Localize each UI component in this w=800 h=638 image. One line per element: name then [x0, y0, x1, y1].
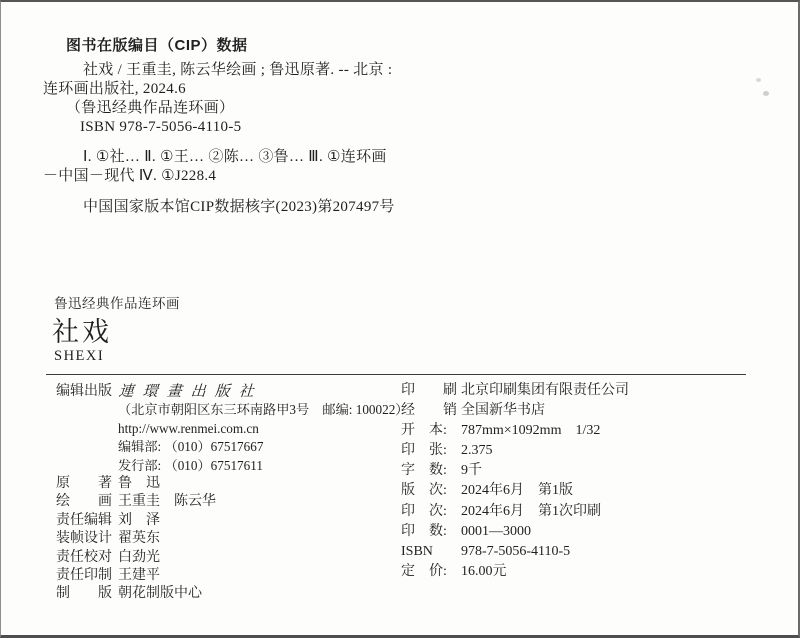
book-format: 787mm×1092mm 1/32	[461, 421, 600, 441]
colophon-row-plate-making: 制 版 朝花制版中心	[56, 585, 396, 603]
row-label: 装帧设计	[56, 530, 118, 548]
colophon-row-publisher: 编辑出版 連環畫出版社	[56, 383, 396, 401]
cip-record-line: 连环画出版社, 2024.6	[43, 80, 563, 99]
colophon-row-original-author: 原 著 鲁 迅	[56, 475, 396, 493]
row-label: 定 价:	[401, 562, 461, 582]
print-supervisor: 王建平	[118, 567, 160, 585]
row-label: 印 张:	[401, 441, 461, 461]
horizontal-divider	[46, 374, 746, 375]
cip-isbn-line: ISBN 978-7-5056-4110-5	[43, 118, 563, 137]
isbn-number: 978-7-5056-4110-5	[461, 542, 570, 562]
row-label: 印 数:	[401, 522, 461, 542]
colophon-row-edition: 版 次: 2024年6月 第1版	[401, 481, 761, 501]
row-label: 绘 画	[56, 493, 118, 511]
edition: 2024年6月 第1版	[461, 481, 573, 501]
row-label	[56, 420, 118, 438]
cip-record: 社戏 / 王重圭, 陈云华绘画 ; 鲁迅原著. -- 北京 : 连环画出版社, …	[43, 61, 563, 217]
list-price: 16.00元	[461, 562, 507, 582]
colophon-right-column: 印 刷 北京印刷集团有限责任公司 经 销 全国新华书店 开 本: 787mm×1…	[401, 381, 761, 582]
colophon-row-address: （北京市朝阳区东三环南路甲3号 邮编: 100022）	[56, 401, 396, 419]
cip-classification-line: Ⅰ. ①社… Ⅱ. ①王… ②陈… ③鲁… Ⅲ. ①连环画	[43, 148, 563, 167]
row-label: 开 本:	[401, 421, 461, 441]
row-label	[56, 438, 118, 456]
colophon-left-column: 编辑出版 連環畫出版社 （北京市朝阳区东三环南路甲3号 邮编: 100022） …	[56, 383, 396, 604]
print-run: 0001—3000	[461, 522, 531, 542]
publisher-website: http://www.renmei.com.cn	[118, 420, 259, 438]
colophon-row-print-run: 印 数: 0001—3000	[401, 522, 761, 542]
publisher-logotype: 連環畫出版社	[118, 383, 263, 401]
row-label: ISBN	[401, 542, 461, 562]
publisher-address: （北京市朝阳区东三环南路甲3号 邮编: 100022）	[118, 401, 409, 419]
row-label: 编辑出版	[56, 383, 118, 401]
scan-speck	[763, 91, 769, 96]
row-label: 印 刷	[401, 381, 461, 401]
title-pinyin: SHEXI	[54, 348, 104, 365]
printed-sheets: 2.375	[461, 441, 493, 461]
colophon-row-printer: 印 刷 北京印刷集团有限责任公司	[401, 381, 761, 401]
colophon-row-illustrators: 绘 画 王重圭 陈云华	[56, 493, 396, 511]
colophon-row-impression: 印 次: 2024年6月 第1次印刷	[401, 502, 761, 522]
colophon-row-word-count: 字 数: 9千	[401, 461, 761, 481]
original-author: 鲁 迅	[118, 475, 160, 493]
colophon-row-website: http://www.renmei.com.cn	[56, 420, 396, 438]
copyright-page: 图书在版编目（CIP）数据 社戏 / 王重圭, 陈云华绘画 ; 鲁迅原著. --…	[0, 0, 800, 638]
series-label: 鲁迅经典作品连环画	[54, 292, 180, 312]
impression: 2024年6月 第1次印刷	[461, 502, 601, 522]
row-label	[56, 401, 118, 419]
row-label: 字 数:	[401, 461, 461, 481]
illustrators: 王重圭 陈云华	[118, 493, 216, 511]
cip-registry-line: 中国国家版本馆CIP数据核字(2023)第207497号	[43, 198, 563, 217]
colophon-row-designer: 装帧设计 翟英东	[56, 530, 396, 548]
colophon-row-format: 开 本: 787mm×1092mm 1/32	[401, 421, 761, 441]
colophon-row-responsible-editor: 责任编辑 刘 泽	[56, 512, 396, 530]
row-label	[56, 457, 118, 475]
row-label: 版 次:	[401, 481, 461, 501]
page-title: 社戏	[52, 310, 112, 349]
designer: 翟英东	[118, 530, 160, 548]
row-label: 责任印制	[56, 567, 118, 585]
row-label: 责任编辑	[56, 512, 118, 530]
word-count: 9千	[461, 461, 482, 481]
colophon-row-distributor: 经 销 全国新华书店	[401, 401, 761, 421]
colophon-row-isbn: ISBN 978-7-5056-4110-5	[401, 542, 761, 562]
proofreader: 白劲光	[118, 549, 160, 567]
plate-maker: 朝花制版中心	[118, 585, 202, 603]
colophon-row-printed-sheets: 印 张: 2.375	[401, 441, 761, 461]
cip-heading: 图书在版编目（CIP）数据	[66, 34, 248, 55]
editorial-phone: 编辑部: （010）67517667	[118, 438, 263, 456]
cip-record-line: 社戏 / 王重圭, 陈云华绘画 ; 鲁迅原著. -- 北京 :	[43, 61, 563, 80]
row-label: 印 次:	[401, 502, 461, 522]
distributor: 全国新华书店	[461, 401, 545, 421]
responsible-editor: 刘 泽	[118, 512, 160, 530]
printer: 北京印刷集团有限责任公司	[461, 381, 629, 401]
row-label: 经 销	[401, 401, 461, 421]
colophon-row-proofreader: 责任校对 白劲光	[56, 549, 396, 567]
colophon-row-price: 定 价: 16.00元	[401, 562, 761, 582]
cip-series-line: （鲁迅经典作品连环画）	[43, 99, 563, 118]
colophon-row-editorial-phone: 编辑部: （010）67517667	[56, 438, 396, 456]
row-label: 制 版	[56, 585, 118, 603]
cip-classification-line: －中国－现代 Ⅳ. ①J228.4	[43, 167, 563, 186]
colophon-row-distribution-phone: 发行部: （010）67517611	[56, 457, 396, 475]
distribution-phone: 发行部: （010）67517611	[118, 457, 263, 475]
row-label: 原 著	[56, 475, 118, 493]
row-label: 责任校对	[56, 549, 118, 567]
colophon-row-print-supervisor: 责任印制 王建平	[56, 567, 396, 585]
scan-speck	[756, 78, 761, 82]
